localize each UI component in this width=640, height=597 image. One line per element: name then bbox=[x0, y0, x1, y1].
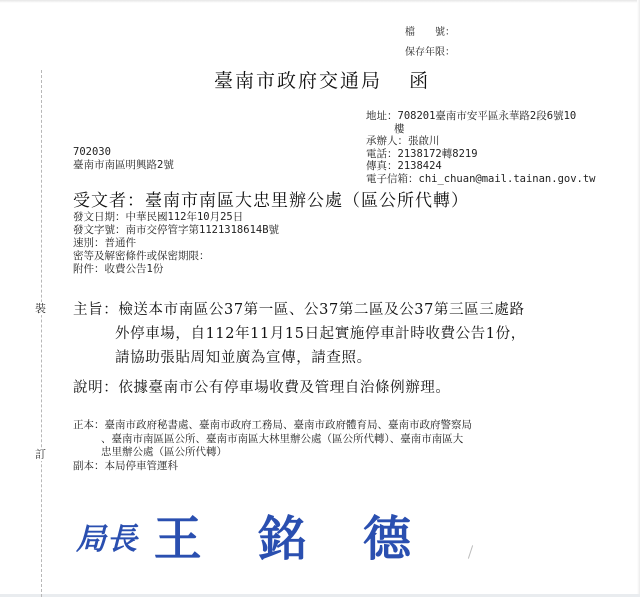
issue-date: 發文日期：中華民國112年10月25日 bbox=[73, 211, 279, 224]
contact-block: 地址：708201臺南市安平區永華路2段6號10 樓 承辦人：張啟川 電話：21… bbox=[366, 110, 596, 185]
director-signature: 局長 王 銘 德 bbox=[76, 500, 431, 569]
binding-dashed-line bbox=[41, 70, 42, 597]
binding-mark-bottom: 訂 bbox=[35, 448, 46, 461]
copy-recipients-label: 副本： bbox=[73, 460, 105, 472]
contact-email: 電子信箱：chi_chuan@mail.tainan.gov.tw bbox=[366, 173, 596, 186]
contact-address-cont: 樓 bbox=[366, 123, 596, 136]
original-recipients-line-2: 、臺南市南區區公所、臺南市南區大林里辦公處（區公所代轉）、臺南市南區大 bbox=[73, 433, 472, 447]
file-number-label: 檔 號： bbox=[405, 26, 455, 40]
contact-phone: 電話：2138172轉8219 bbox=[366, 148, 596, 161]
subject-block: 主旨：檢送本市南區公37第一區、公37第二區及公37第三區三處路 外停車場，自1… bbox=[73, 298, 526, 370]
contact-handler: 承辦人：張啟川 bbox=[366, 135, 596, 148]
sender-address-block: 702030 臺南市南區明興路2號 bbox=[73, 146, 174, 171]
recipient-label: 受文者： bbox=[73, 191, 145, 211]
signature-title: 局長 bbox=[76, 522, 138, 557]
copy-recipients-text: 本局停車管運科 bbox=[105, 460, 179, 472]
secrecy-level: 密等及解密條件或保密期限： bbox=[73, 250, 279, 263]
original-recipients-label: 正本： bbox=[73, 419, 105, 431]
original-recipients-line-1: 臺南市政府秘書處、臺南市政府工務局、臺南市政府體育局、臺南市政府警察局 bbox=[105, 419, 473, 431]
subject-label: 主旨： bbox=[73, 302, 118, 318]
signature-name: 王 銘 德 bbox=[154, 511, 431, 567]
description-text: 依據臺南市公有停車場收費及管理自治條例辦理。 bbox=[118, 380, 450, 396]
distribution-block: 正本：臺南市政府秘書處、臺南市政府工務局、臺南市政府體育局、臺南市政府警察局 、… bbox=[73, 419, 472, 473]
attachment: 附件：收費公告1份 bbox=[73, 263, 279, 276]
scan-artifact-mark bbox=[468, 545, 473, 559]
subject-line-3: 請協助張貼周知並廣為宣傳，請查照。 bbox=[73, 346, 526, 370]
document-meta: 發文日期：中華民國112年10月25日 發文字號：南市交停管字第11213186… bbox=[73, 211, 279, 276]
contact-address: 地址：708201臺南市安平區永華路2段6號10 bbox=[366, 110, 596, 123]
document-number: 發文字號：南市交停管字第1121318614B號 bbox=[73, 224, 279, 237]
contact-fax: 傳真：2138424 bbox=[366, 160, 596, 173]
sender-postal-code: 702030 bbox=[73, 146, 174, 159]
original-recipients-line-3: 忠里辦公處（區公所代轉） bbox=[73, 446, 472, 460]
issuing-agency-title: 臺南市政府交通局 bbox=[214, 70, 382, 92]
recipient-line: 受文者：臺南市南區大忠里辦公處（區公所代轉） bbox=[73, 186, 469, 211]
binding-mark-top: 裝 bbox=[35, 302, 46, 315]
official-letter-page: 裝 訂 檔 號： 保存年限： 臺南市政府交通局 函 地址：708201臺南市安平… bbox=[0, 0, 640, 597]
description-block: 說明：依據臺南市公有停車場收費及管理自治條例辦理。 bbox=[73, 376, 451, 397]
delivery-speed: 速別：普通件 bbox=[73, 237, 279, 250]
document-header: 臺南市政府交通局 函 bbox=[214, 66, 428, 93]
scan-top-edge bbox=[0, 0, 640, 3]
archive-block: 檔 號： 保存年限： bbox=[405, 26, 455, 60]
document-type: 函 bbox=[409, 70, 428, 92]
subject-line-1: 檢送本市南區公37第一區、公37第二區及公37第三區三處路 bbox=[118, 302, 524, 318]
sender-street-address: 臺南市南區明興路2號 bbox=[73, 159, 174, 172]
retention-label: 保存年限： bbox=[405, 46, 455, 60]
description-label: 說明： bbox=[73, 380, 118, 396]
recipient-value: 臺南市南區大忠里辦公處（區公所代轉） bbox=[145, 191, 469, 211]
subject-line-2: 外停車場，自112年11月15日起實施停車計時收費公告1份， bbox=[73, 322, 526, 346]
